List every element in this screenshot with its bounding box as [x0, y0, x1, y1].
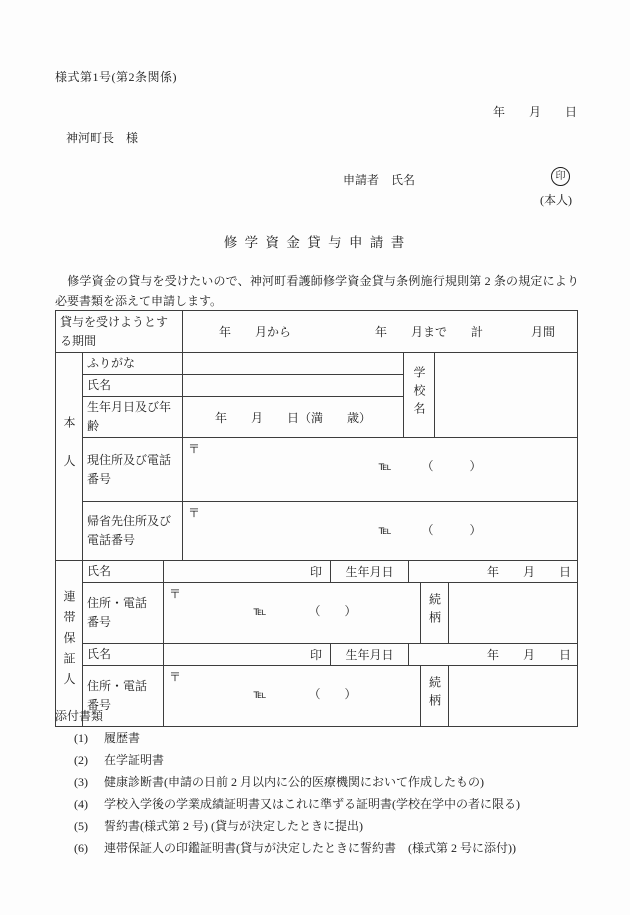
- current-address-input-cell: 〒 ℡ （ ）: [183, 438, 578, 502]
- postal-mark: 〒: [164, 583, 420, 602]
- period-row: 貸与を受けようとする期間 年 月から 年 月まで 計 月間: [56, 311, 578, 353]
- guarantor-group-label: 連帯保証人: [63, 590, 75, 693]
- period-value-cell: 年 月から 年 月まで 計 月間: [183, 311, 578, 353]
- current-address-label-cell: 現住所及び電話 番号: [83, 438, 183, 502]
- guarantor1-seal-cell: 印: [164, 561, 331, 583]
- item-text: 誓約書(様式第 2 号) (貸与が決定したときに提出): [104, 815, 579, 837]
- home-address-row: 帰省先住所及び 電話番号 〒 ℡ （ ）: [56, 502, 578, 561]
- school-input-cell: [435, 353, 578, 438]
- item-number: (6): [74, 837, 104, 859]
- list-item: (6) 連帯保証人の印鑑証明書(貸与が決定したときに誓約書 (様式第 2 号に添…: [55, 837, 579, 859]
- item-number: (3): [74, 771, 104, 793]
- guarantor1-name-row: 連帯保証人 氏名 印 生年月日 年 月 日: [56, 561, 578, 583]
- attachments-section: 添付書類 (1) 履歴書 (2) 在学証明書 (3) 健康診断書(申請の日前 2…: [55, 705, 579, 859]
- guarantor1-birth-label-cell: 生年月日: [331, 561, 409, 583]
- addressee-line: 神河町長 様: [66, 129, 138, 146]
- applicant-name-label: 申請者 氏名: [343, 171, 415, 188]
- applicant-section-table: 貸与を受けようとする期間 年 月から 年 月まで 計 月間 本人 ふりがな 学校…: [55, 310, 578, 561]
- guarantor2-name-label-cell: 氏名: [83, 644, 164, 666]
- birth-label-cell: 生年月日及び年齢: [83, 397, 183, 438]
- current-address-row: 現住所及び電話 番号 〒 ℡ （ ）: [56, 438, 578, 502]
- guarantor1-birth-value-cell: 年 月 日: [409, 561, 578, 583]
- list-item: (5) 誓約書(様式第 2 号) (貸与が決定したときに提出): [55, 815, 579, 837]
- item-number: (5): [74, 815, 104, 837]
- applicant-group-cell: 本人: [56, 353, 83, 561]
- seal-icon: 印: [551, 167, 570, 186]
- period-label-cell: 貸与を受けようとする期間: [56, 311, 183, 353]
- item-text: 学校入学後の学業成績証明書又はこれに準ずる証明書(学校在学中の者に限る): [104, 793, 579, 815]
- guarantor1-address-row: 住所・電話 番号 〒 ℡ （ ） 続柄: [56, 583, 578, 644]
- form-number: 様式第1号(第2条関係): [55, 68, 177, 85]
- tel-line: ℡ （ ）: [164, 602, 420, 622]
- guarantor2-seal-cell: 印: [164, 644, 331, 666]
- applicant-group-label: 本人: [63, 416, 75, 493]
- date-line: 年 月 日: [493, 103, 577, 120]
- body-paragraph: 修学資金の貸与を受けたいので、神河町看護師修学資金貸与条例施行規則第 2 条の規…: [55, 271, 579, 311]
- item-text: 連帯保証人の印鑑証明書(貸与が決定したときに誓約書 (様式第 2 号に添付)): [104, 837, 579, 859]
- home-address-label-cell: 帰省先住所及び 電話番号: [83, 502, 183, 561]
- school-name-label: 学校名: [413, 366, 425, 420]
- guarantor1-address-label-cell: 住所・電話 番号: [83, 583, 164, 644]
- tel-line: ℡ （ ）: [183, 457, 577, 477]
- list-item: (2) 在学証明書: [55, 749, 579, 771]
- application-table: 貸与を受けようとする期間 年 月から 年 月まで 計 月間 本人 ふりがな 学校…: [55, 310, 578, 727]
- postal-mark: 〒: [164, 666, 420, 685]
- postal-mark: 〒: [183, 438, 577, 457]
- list-item: (3) 健康診断書(申請の日前 2 月以内に公的医療機関において作成したもの): [55, 771, 579, 793]
- guarantor2-birth-label-cell: 生年月日: [331, 644, 409, 666]
- birth-value-cell: 年 月 日（満 歳）: [183, 397, 404, 438]
- list-item: (1) 履歴書: [55, 727, 579, 749]
- guarantor-section-table: 連帯保証人 氏名 印 生年月日 年 月 日 住所・電話 番号 〒 ℡ （ ） 続…: [55, 560, 578, 727]
- guarantor-group-cell: 連帯保証人: [56, 561, 83, 727]
- guarantor1-address-input-cell: 〒 ℡ （ ）: [164, 583, 421, 644]
- guarantor1-relation-label-cell: 続柄: [421, 583, 449, 644]
- tel-line: ℡ （ ）: [183, 521, 577, 541]
- name-input-cell: [183, 375, 404, 397]
- page-title: 修 学 資 金 貸 与 申 請 書: [0, 231, 630, 251]
- list-item: (4) 学校入学後の学業成績証明書又はこれに準ずる証明書(学校在学中の者に限る): [55, 793, 579, 815]
- furigana-label-cell: ふりがな: [83, 353, 183, 375]
- item-number: (4): [74, 793, 104, 815]
- name-label-cell: 氏名: [83, 375, 183, 397]
- item-text: 健康診断書(申請の日前 2 月以内に公的医療機関において作成したもの): [104, 771, 579, 793]
- tel-line: ℡ （ ）: [164, 685, 420, 705]
- item-text: 履歴書: [104, 727, 579, 749]
- relation-label: 続柄: [429, 593, 441, 629]
- guarantor2-birth-value-cell: 年 月 日: [409, 644, 578, 666]
- application-form-page: 様式第1号(第2条関係) 年 月 日 神河町長 様 申請者 氏名 印 (本人) …: [0, 0, 630, 915]
- guarantor1-name-label-cell: 氏名: [83, 561, 164, 583]
- item-number: (2): [74, 749, 104, 771]
- guarantor2-name-row: 氏名 印 生年月日 年 月 日: [56, 644, 578, 666]
- furigana-input-cell: [183, 353, 404, 375]
- attachments-heading: 添付書類: [55, 705, 579, 727]
- school-label-cell: 学校名: [404, 353, 435, 438]
- item-number: (1): [74, 727, 104, 749]
- postal-mark: 〒: [183, 502, 577, 521]
- item-text: 在学証明書: [104, 749, 579, 771]
- home-address-input-cell: 〒 ℡ （ ）: [183, 502, 578, 561]
- seal-note: (本人): [540, 191, 572, 208]
- guarantor1-relation-input-cell: [449, 583, 578, 644]
- furigana-row: 本人 ふりがな 学校名: [56, 353, 578, 375]
